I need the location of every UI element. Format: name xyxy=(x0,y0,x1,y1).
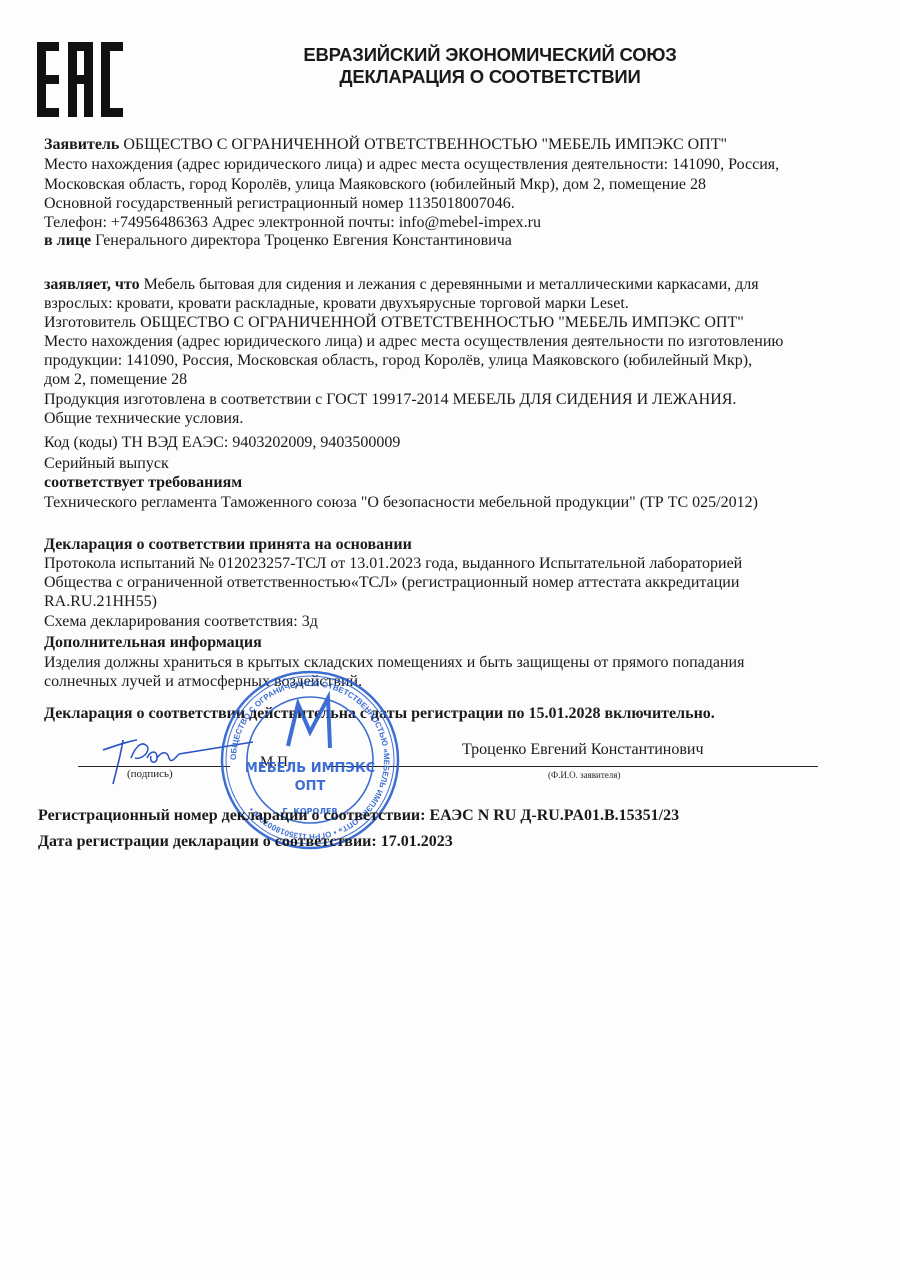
additional-info-heading: Дополнительная информация xyxy=(44,633,262,653)
applicant-line: Заявитель ОБЩЕСТВО С ОГРАНИЧЕННОЙ ОТВЕТС… xyxy=(44,135,727,155)
standard-line-2: Общие технические условия. xyxy=(44,409,243,429)
union-title: ЕВРАЗИЙСКИЙ ЭКОНОМИЧЕСКИЙ СОЮЗ xyxy=(250,44,730,66)
stamp-center-line-1: МЕБЕЛЬ ИМПЭКС xyxy=(245,761,375,776)
manufacturer-address-2: продукции: 141090, Россия, Московская об… xyxy=(44,351,752,371)
declares-line: заявляет, что Мебель бытовая для сидения… xyxy=(44,275,759,295)
basis-line-3: RA.RU.21HH55) xyxy=(44,592,157,612)
applicant-label: Заявитель xyxy=(44,136,119,153)
registration-number: Регистрационный номер декларации о соотв… xyxy=(38,806,679,826)
applicant-address-2: Московская область, город Королёв, улица… xyxy=(44,175,706,195)
applicant-ogrn: Основной государственный регистрационный… xyxy=(44,194,515,214)
applicant-contacts: Телефон: +74956486363 Адрес электронной … xyxy=(44,213,541,233)
registration-date: Дата регистрации декларации о соответств… xyxy=(38,832,453,852)
declaration-scheme: Схема декларирования соответствия: 3д xyxy=(44,612,318,632)
declaration-title: ДЕКЛАРАЦИЯ О СООТВЕТСТВИИ xyxy=(250,66,730,88)
eac-logo xyxy=(37,42,123,117)
applicant-address-1: Место нахождения (адрес юридического лиц… xyxy=(44,155,779,175)
stamp-center-line-2: ОПТ xyxy=(295,779,326,794)
product-line-1: Мебель бытовая для сидения и лежания с д… xyxy=(140,276,759,293)
applicant-name: ОБЩЕСТВО С ОГРАНИЧЕННОЙ ОТВЕТСТВЕННОСТЬЮ… xyxy=(119,136,727,153)
regulation: Технического регламента Таможенного союз… xyxy=(44,493,758,513)
signer-name: Троценко Евгений Константинович xyxy=(462,740,704,760)
product-line-2: взрослых: кровати, кровати раскладные, к… xyxy=(44,294,629,314)
represented-name: Генерального директора Троценко Евгения … xyxy=(91,232,512,249)
basis-line-1: Протокола испытаний № 012023257-ТСЛ от 1… xyxy=(44,554,742,574)
basis-line-2: Общества с ограниченной ответственностью… xyxy=(44,573,739,593)
document-header: ЕВРАЗИЙСКИЙ ЭКОНОМИЧЕСКИЙ СОЮЗ ДЕКЛАРАЦИ… xyxy=(250,44,730,88)
conforms-label: соответствует требованиям xyxy=(44,473,242,493)
name-caption: (Ф.И.О. заявителя) xyxy=(548,770,620,780)
manufacturer: Изготовитель ОБЩЕСТВО С ОГРАНИЧЕННОЙ ОТВ… xyxy=(44,313,744,333)
standard-line-1: Продукция изготовлена в соответствии с Г… xyxy=(44,390,736,410)
represented-by-line: в лице Генерального директора Троценко Е… xyxy=(44,231,512,251)
manufacturer-address-1: Место нахождения (адрес юридического лиц… xyxy=(44,332,783,352)
manufacturer-address-3: дом 2, помещение 28 xyxy=(44,370,187,390)
represented-label: в лице xyxy=(44,232,91,249)
production-type: Серийный выпуск xyxy=(44,454,169,474)
declares-label: заявляет, что xyxy=(44,276,140,293)
hs-codes: Код (коды) ТН ВЭД ЕАЭС: 9403202009, 9403… xyxy=(44,433,400,453)
basis-heading: Декларация о соответствии принята на осн… xyxy=(44,535,412,555)
